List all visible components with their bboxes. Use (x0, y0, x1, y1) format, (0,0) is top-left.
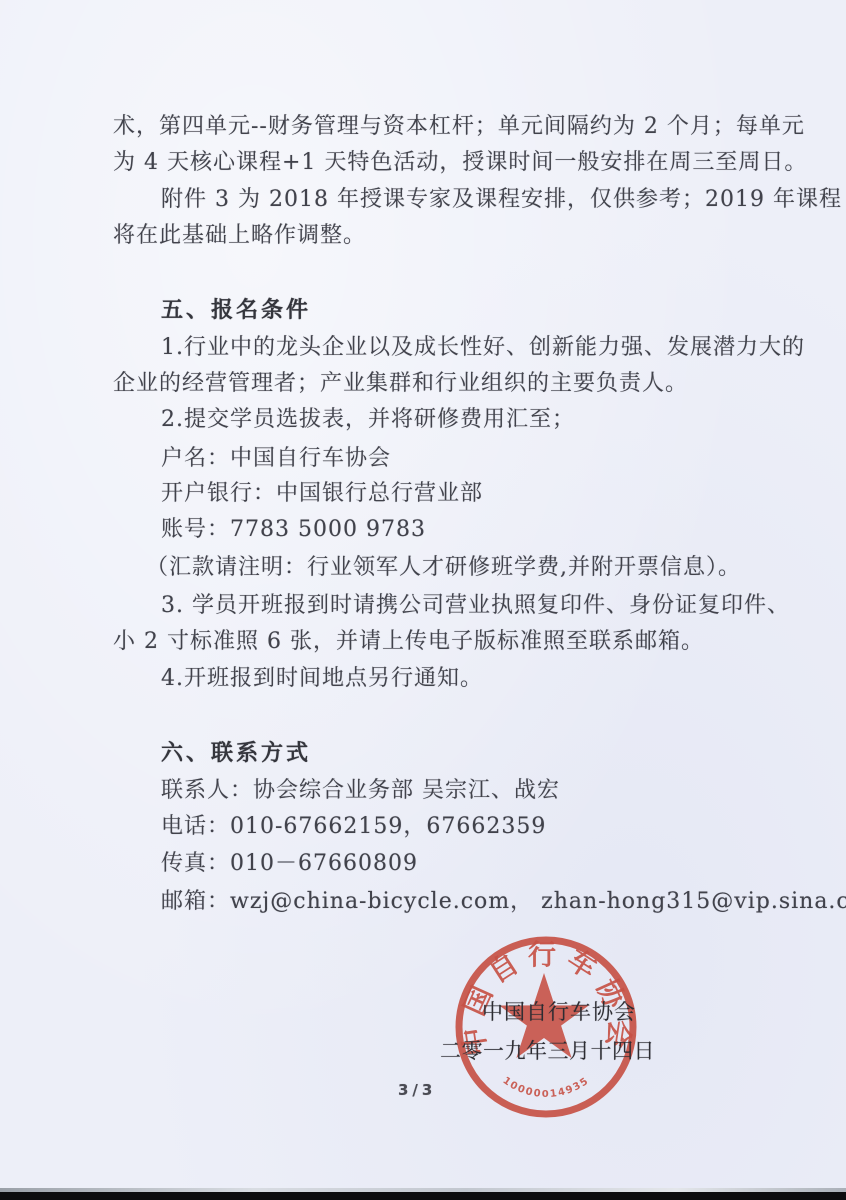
text-line: 4.开班报到时间地点另行通知。 (161, 665, 483, 693)
text-line-account-name: 户名：中国自行车协会 (161, 445, 391, 473)
text-line: 1.行业中的龙头企业以及成长性好、创新能力强、发展潜力大的 (161, 334, 805, 362)
official-seal: 中国自行车协会 1100000149359 (450, 931, 644, 1125)
text-line: 小 2 寸标准照 6 张，并请上传电子版标准照至联系邮箱。 (113, 628, 704, 656)
text-line: 术，第四单元--财务管理与资本杠杆；单元间隔约为 2 个月；每单元 (113, 113, 805, 141)
scan-edge-shadow (0, 1192, 846, 1200)
signature-org-name: 中国自行车协会 (482, 996, 636, 1026)
page-number: 3/3 (398, 1081, 436, 1099)
text-line: 2.提交学员选拔表，并将研修费用汇至； (161, 406, 575, 434)
text-line: 附件 3 为 2018 年授课专家及课程安排，仅供参考；2019 年课程 (161, 186, 842, 214)
text-line: 企业的经营管理者；产业集群和行业组织的主要负责人。 (113, 370, 688, 398)
section-heading-5: 五、报名条件 (161, 297, 311, 325)
text-line-bank: 开户银行：中国银行总行营业部 (161, 480, 483, 508)
text-line-email: 邮箱：wzj@china-bicycle.com， zhan-hong315@v… (161, 888, 846, 916)
text-line-account-number: 账号：7783 5000 9783 (161, 516, 426, 544)
text-line: 3. 学员开班报到时请携公司营业执照复印件、身份证复印件、 (161, 592, 790, 620)
text-line-phone: 电话：010-67662159，67662359 (161, 813, 546, 841)
text-line-remit-note: （汇款请注明：行业领军人才研修班学费,并附开票信息）。 (146, 554, 741, 582)
text-line-contact-person: 联系人：协会综合业务部 吴宗江、战宏 (161, 777, 560, 805)
scanned-document-page: 术，第四单元--财务管理与资本杠杆；单元间隔约为 2 个月；每单元 为 4 天核… (0, 0, 846, 1200)
signature-date: 二零一九年三月十四日 (440, 1035, 655, 1065)
text-line: 将在此基础上略作调整。 (113, 222, 366, 250)
section-heading-6: 六、联系方式 (161, 740, 311, 768)
text-line: 为 4 天核心课程+1 天特色活动，授课时间一般安排在周三至周日。 (113, 149, 807, 177)
text-line-fax: 传真：010－67660809 (161, 850, 418, 878)
